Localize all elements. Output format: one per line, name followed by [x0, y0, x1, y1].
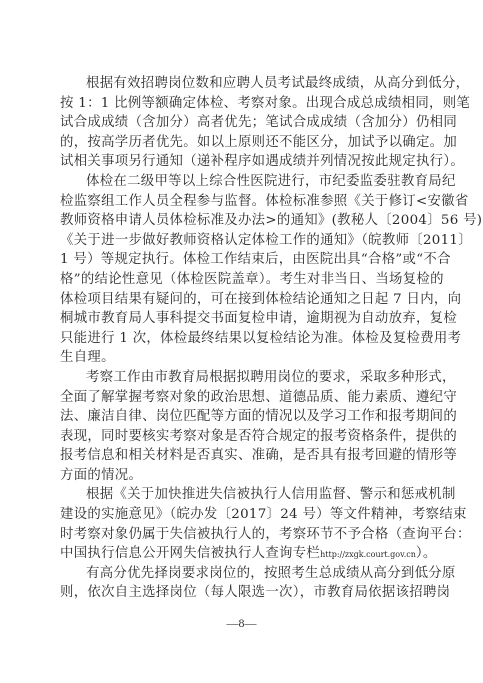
- text-line: 考察工作由市教育局根据拟聘用岗位的要求，采取多种形式，: [60, 368, 424, 388]
- text-line: 时考察对象仍属于失信被执行人的，考察环节不予合格（查询平台：: [60, 525, 424, 545]
- text-line: 中国执行信息公开网失信被执行人查询专栏http://zxgk.court.gov…: [60, 544, 424, 564]
- paragraph-inspection: 考察工作由市教育局根据拟聘用岗位的要求，采取多种形式， 全面了解掌握考察对象的政…: [60, 368, 424, 486]
- text-line: 根据有效招聘岗位数和应聘人员考试最终成绩，从高分到低分，: [60, 74, 424, 94]
- text-line: 检监察组工作人员全程参与监督。体检标准参照《关于修订<安徽省: [60, 192, 424, 212]
- text-line: 1 号）等规定执行。体检工作结束后，由医院出具“合格”或“不合: [60, 250, 424, 270]
- text-line: 表现，同时要核实考察对象是否符合规定的报考资格条件，提供的: [60, 427, 424, 447]
- text-line: 体检项目结果有疑问的，可在接到体检结论通知之日起 7 日内，向: [60, 290, 424, 310]
- paragraph-position-selection: 有高分优先择岗要求岗位的，按照考生总成绩从高分到低分原 则，依次自主选择岗位（每…: [60, 564, 424, 603]
- text-line: 生自理。: [60, 348, 424, 368]
- text-line: 全面了解掌握考察对象的政治思想、道德品质、能力素质、遵纪守: [60, 388, 424, 408]
- text-line: 的，按高学历者优先。如以上原则还不能区分，加试予以确定。加: [60, 133, 424, 153]
- text-line: 桐城市教育局人事科提交书面复检申请，逾期视为自动放弃，复检: [60, 309, 424, 329]
- paragraph-ranking: 根据有效招聘岗位数和应聘人员考试最终成绩，从高分到低分， 按 1：1 比例等额确…: [60, 74, 424, 172]
- text-line: 根据《关于加快推进失信被执行人信用监督、警示和惩戒机制: [60, 485, 424, 505]
- text-line: 试相关事项另行通知（递补程序如遇成绩并列情况按此规定执行）。: [60, 152, 424, 172]
- text-segment: ）。: [416, 546, 437, 561]
- text-line: 体检在二级甲等以上综合性医院进行，市纪委监委驻教育局纪: [60, 172, 424, 192]
- document-page: 根据有效招聘岗位数和应聘人员考试最终成绩，从高分到低分， 按 1：1 比例等额确…: [0, 0, 483, 683]
- page-number: —8—: [0, 616, 483, 631]
- text-line: 则，依次自主选择岗位（每人限选一次），市教育局依据该招聘岗: [60, 583, 424, 603]
- text-line: 报考信息和相关材料是否真实、准确，是否具有报考回避的情形等: [60, 446, 424, 466]
- text-line: 建设的实施意见》（皖办发〔2017〕24 号）等文件精神，考察结束: [60, 505, 424, 525]
- document-body: 根据有效招聘岗位数和应聘人员考试最终成绩，从高分到低分， 按 1：1 比例等额确…: [60, 74, 424, 603]
- text-line: 方面的情况。: [60, 466, 424, 486]
- text-segment: 中国执行信息公开网失信被执行人查询专栏: [60, 546, 320, 561]
- text-line: 按 1：1 比例等额确定体检、考察对象。出现合成总成绩相同，则笔: [60, 94, 424, 114]
- text-line: 教师资格申请人员体检标准及办法>的通知》(教秘人〔2004〕56 号)、: [60, 211, 424, 231]
- text-line: 《关于进一步做好教师资格认定体检工作的通知》（皖教师〔2011〕: [60, 231, 424, 251]
- text-line: 法、廉洁自律、岗位匹配等方面的情况以及学习工作和报考期间的: [60, 407, 424, 427]
- text-line: 有高分优先择岗要求岗位的，按照考生总成绩从高分到低分原: [60, 564, 424, 584]
- paragraph-dishonest-persons: 根据《关于加快推进失信被执行人信用监督、警示和惩戒机制 建设的实施意见》（皖办发…: [60, 485, 424, 563]
- query-url: http://zxgk.court.gov.cn: [320, 550, 416, 559]
- paragraph-medical-exam: 体检在二级甲等以上综合性医院进行，市纪委监委驻教育局纪 检监察组工作人员全程参与…: [60, 172, 424, 368]
- text-line: 试合成成绩（含加分）高者优先；笔试合成成绩（含加分）仍相同: [60, 113, 424, 133]
- text-line: 格”的结论性意见（体检医院盖章）。考生对非当日、当场复检的: [60, 270, 424, 290]
- text-line: 只能进行 1 次，体检最终结果以复检结论为准。体检及复检费用考: [60, 329, 424, 349]
